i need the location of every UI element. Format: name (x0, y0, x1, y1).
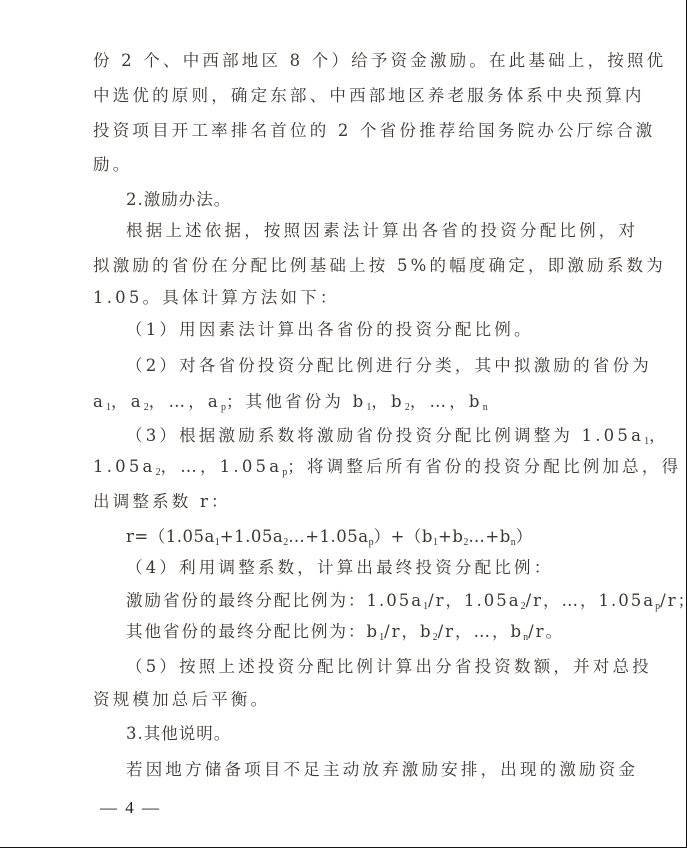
paragraph-line: 若因地方储备项目不足主动放弃激励安排，出现的激励资金 (126, 760, 638, 780)
step-3-line: （3）根据激励系数将激励省份投资分配比例调整为 1.05a1， (126, 426, 669, 452)
page-number: — 4 — (100, 798, 161, 818)
section-heading-2: 2.激励办法。 (126, 190, 231, 210)
paragraph-line: 投资项目开工率排名首位的 2 个省份推荐给国务院办公厅综合激 (93, 121, 656, 141)
step-4-incentive-ratio: 激励省份的最终分配比例为：1.05a1/r，1.05a2/r，…，1.05ap/… (126, 591, 687, 617)
formula-r: r=（1.05a1+1.05a2…+1.05ap）+（b1+b2…+bn） (126, 527, 533, 553)
paragraph-line: 1.05。具体计算方法如下： (93, 288, 340, 308)
paragraph-line: 份 2 个、中西部地区 8 个）给予资金激励。在此基础上，按照优 (93, 51, 666, 71)
step-1: （1）用因素法计算出各省份的投资分配比例。 (126, 320, 534, 340)
step-3-line: 出调整系数 r： (93, 492, 231, 512)
step-5-line: （5）按照上述投资分配比例计算出分省投资数额，并对总投 (126, 657, 652, 677)
step-5-line: 资规模加总后平衡。 (93, 690, 270, 710)
section-heading-3: 3.其他说明。 (126, 724, 231, 744)
step-3-line: 1.05a2，…，1.05ap；将调整后所有省份的投资分配比例加总，得 (93, 457, 681, 483)
document-page: 份 2 个、中西部地区 8 个）给予资金激励。在此基础上，按照优 中选优的原则，… (0, 0, 687, 848)
paragraph-line: 中选优的原则，确定东部、中西部地区养老服务体系中央预算内 (93, 86, 645, 106)
paragraph-line: 根据上述依据，按照因素法计算出各省的投资分配比例，对 (126, 221, 638, 241)
step-2-line: a1，a2，…，ap；其他省份为 b1，b2，…，bn (93, 392, 488, 418)
paragraph-line: 拟激励的省份在分配比例基础上按 5%的幅度确定，即激励系数为 (93, 256, 666, 276)
step-4-other-ratio: 其他省份的最终分配比例为：b1/r，b2/r，…，bn/r。 (126, 622, 564, 648)
paragraph-line: 励。 (93, 155, 132, 175)
step-4: （4）利用调整系数，计算出最终投资分配比例： (126, 558, 553, 578)
step-2-line: （2）对各省份投资分配比例进行分类，其中拟激励的省份为 (126, 356, 652, 376)
